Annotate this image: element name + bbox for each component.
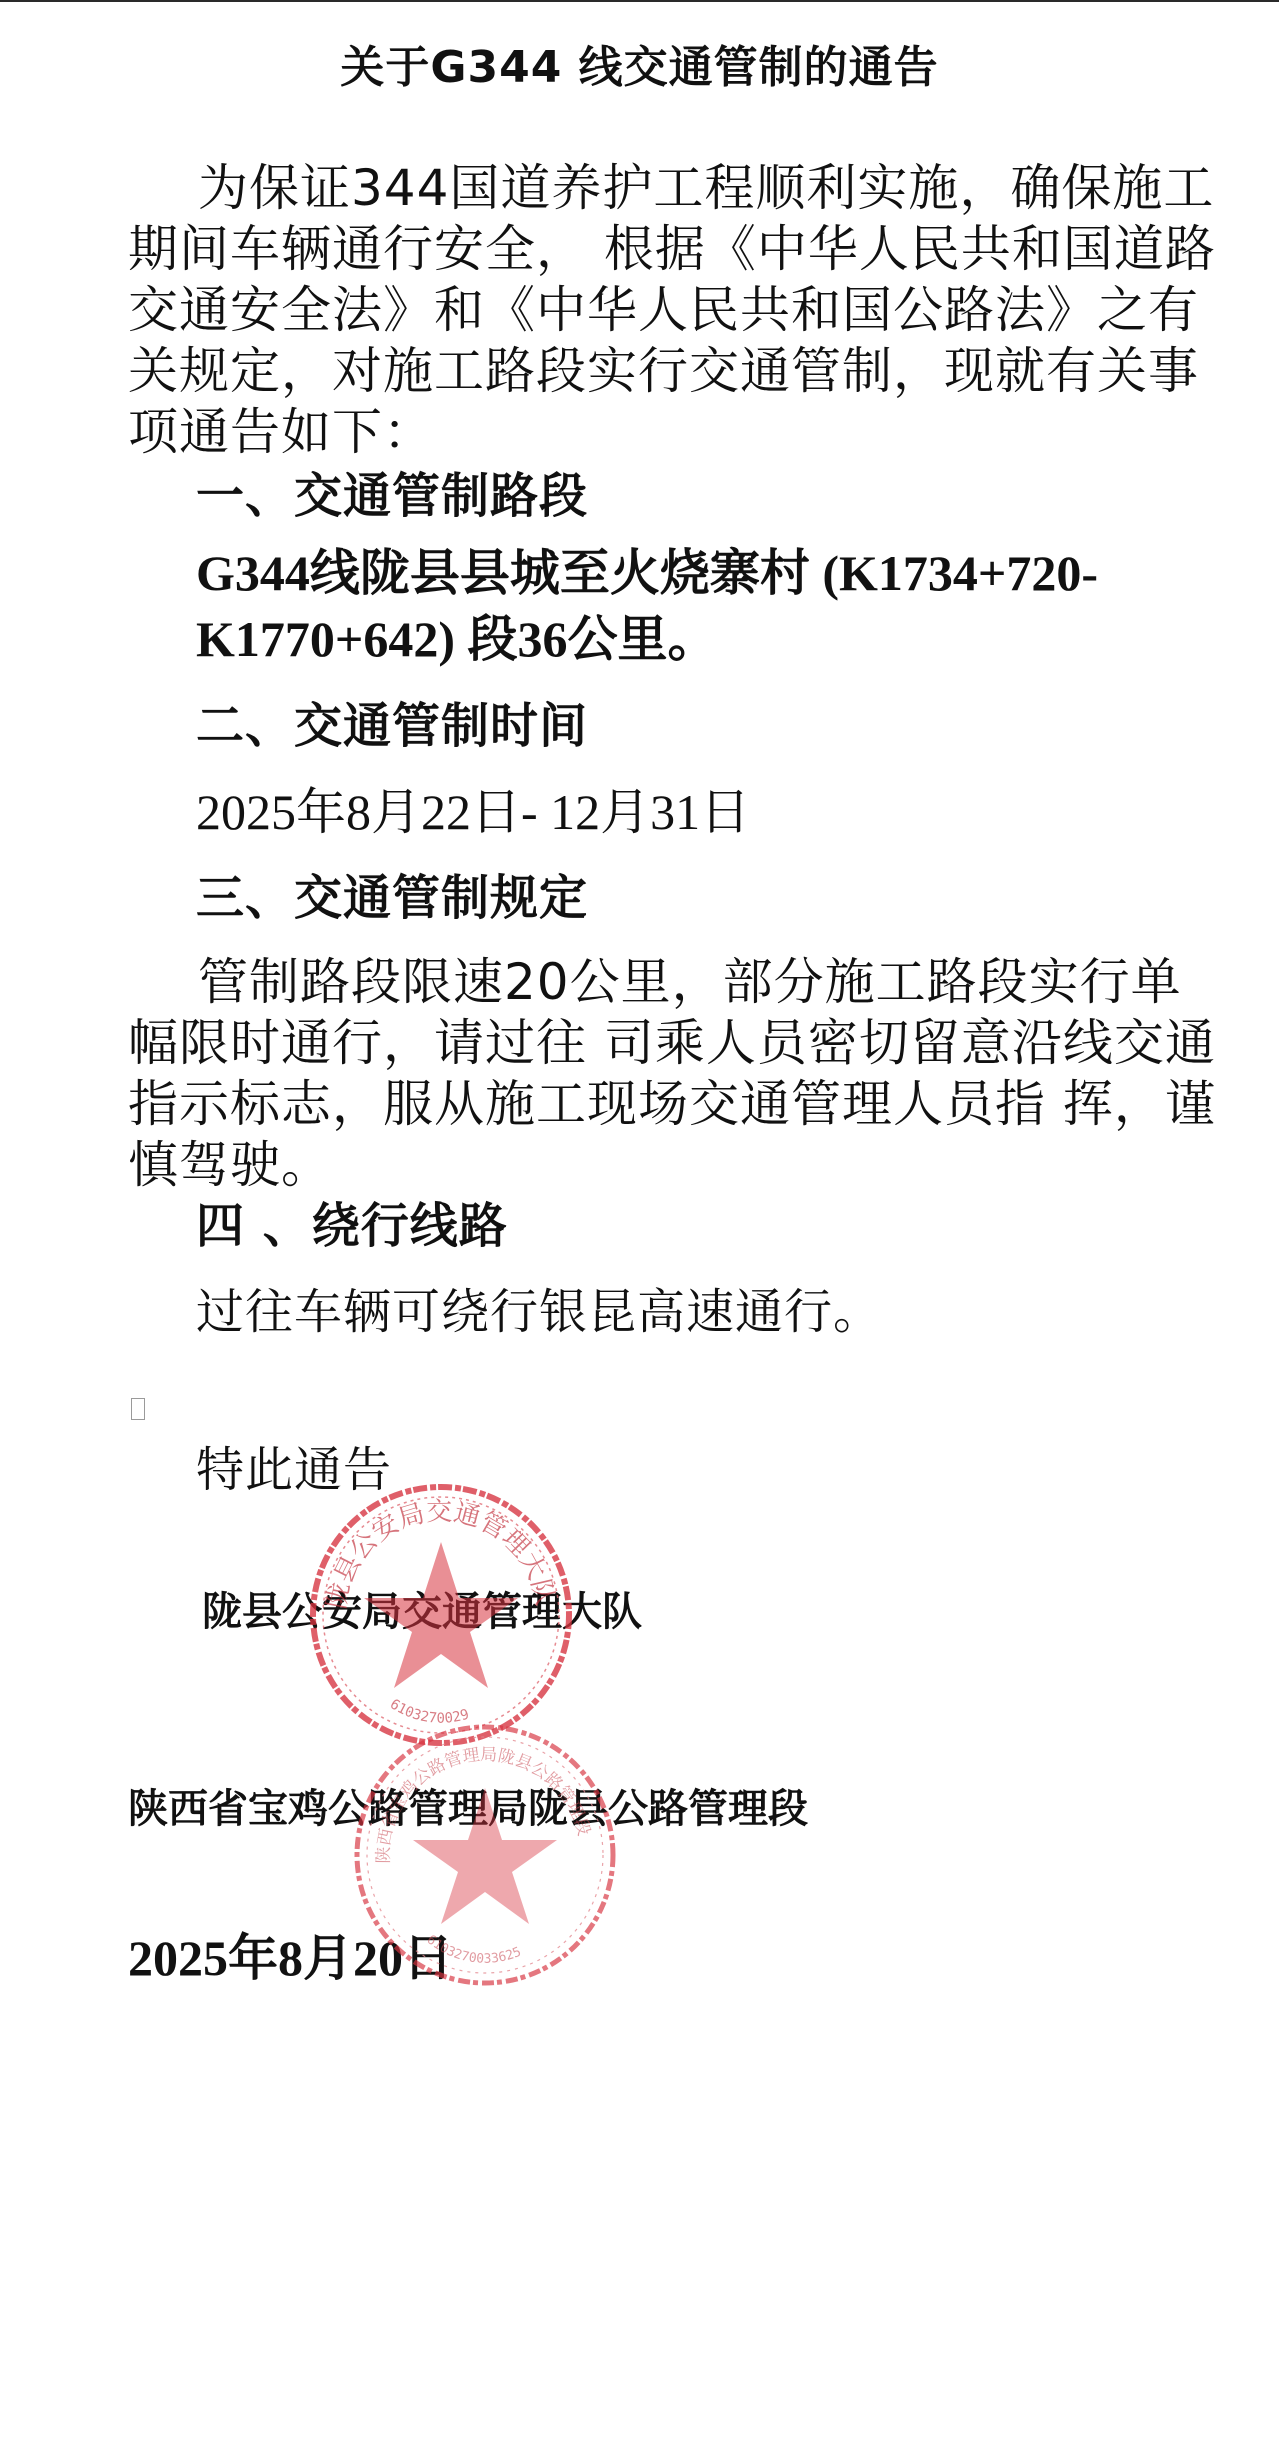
- signatory-police-traffic-brigade: 陇县公安局交通管理大队: [202, 1585, 642, 1639]
- section-4-heading: 四 、绕行线路: [196, 1196, 508, 1256]
- missing-glyph-box-icon: [131, 1398, 145, 1420]
- section-1-body-line-2: K1770+642) 段36公里。: [196, 606, 1196, 672]
- intro-paragraph: 为保证344国道养护工程顺利实施，确保施工期间车辆通行安全， 根据《中华人民共和…: [128, 158, 1228, 463]
- svg-text:6103270029: 6103270029: [387, 1696, 471, 1727]
- section-4-body: 过往车辆可绕行银昆高速通行。: [196, 1282, 882, 1342]
- document-title: 关于G344 线交通管制的通告: [0, 38, 1279, 98]
- section-2-body: 2025年8月22日- 12月31日: [196, 782, 750, 842]
- top-border-rule: [0, 0, 1279, 2]
- section-3-body: 管制路段限速20公里，部分施工路段实行单幅限时通行，请过往 司乘人员密切留意沿线…: [128, 952, 1228, 1196]
- closing-line: 特此通告: [196, 1440, 392, 1500]
- section-2-heading: 二、交通管制时间: [196, 696, 588, 756]
- section-1-heading: 一、交通管制路段: [196, 466, 588, 526]
- issue-date: 2025年8月20日: [128, 1928, 453, 1988]
- signatory-highway-management-section: 陕西省宝鸡公路管理局陇县公路管理段: [128, 1782, 808, 1836]
- section-3-heading: 三、交通管制规定: [196, 868, 588, 928]
- section-1-body-line-1: G344线陇县县城至火烧寨村 (K1734+720-: [196, 540, 1196, 606]
